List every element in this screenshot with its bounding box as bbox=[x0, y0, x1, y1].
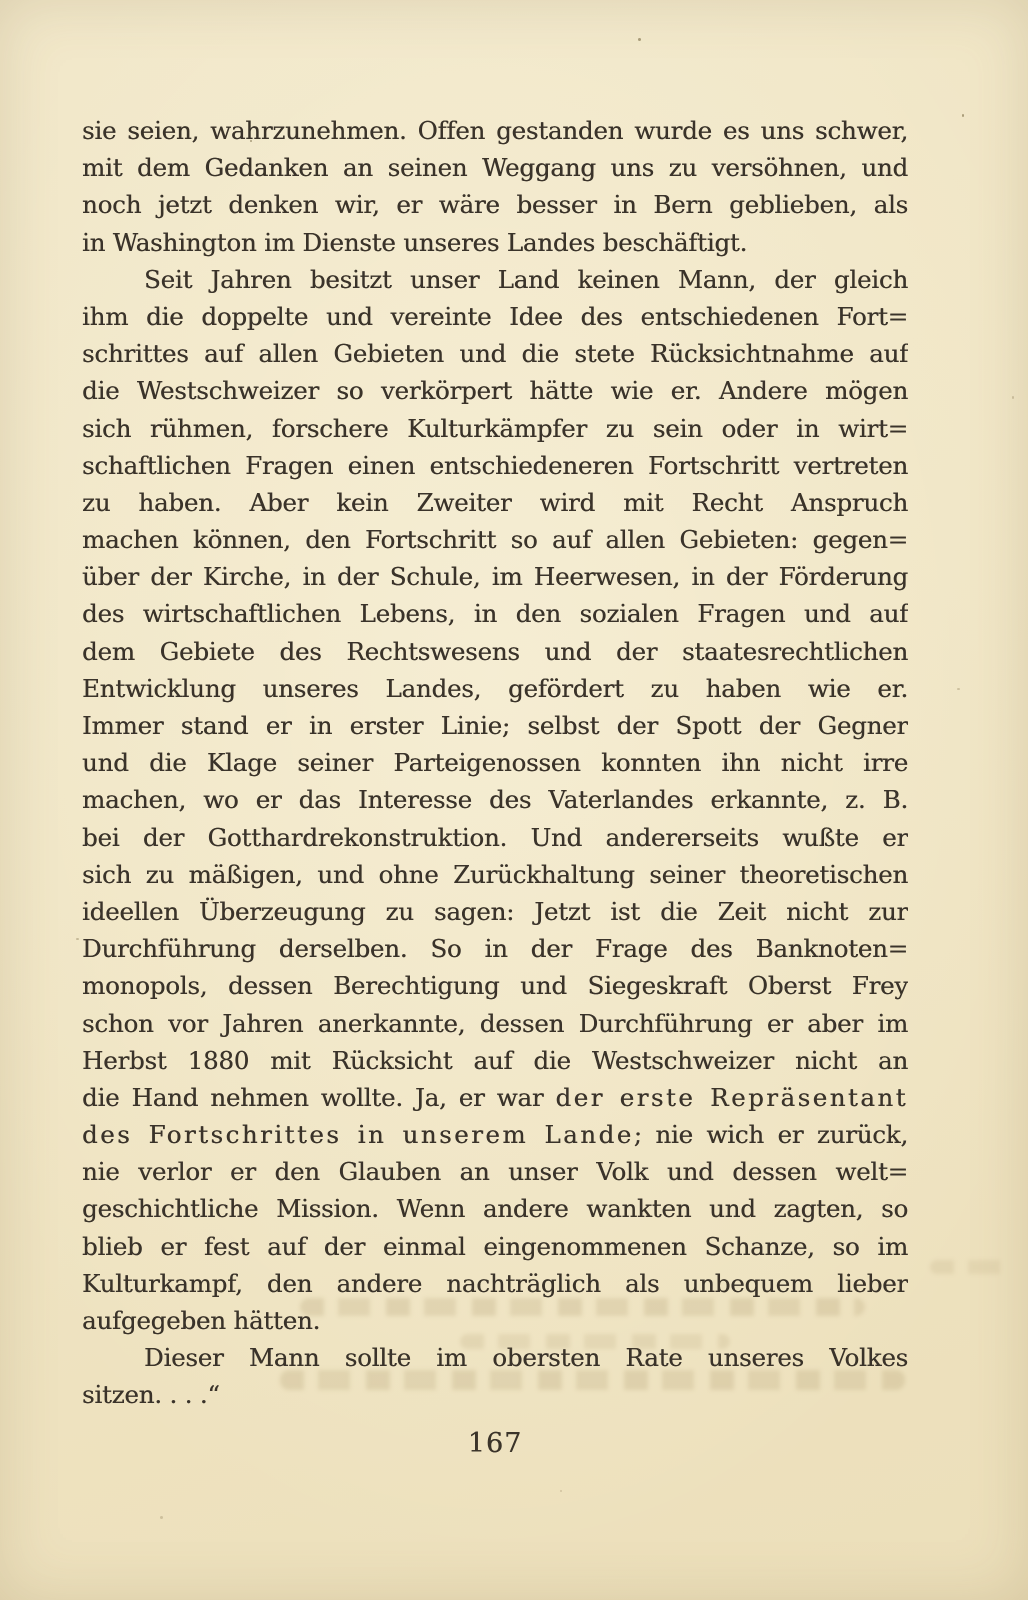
text-line: ihm die doppelte und vereinte Idee des e… bbox=[82, 298, 908, 335]
text-line: schon vor Jahren anerkannte, dessen Durc… bbox=[82, 1005, 908, 1042]
text-line: blieb er fest auf der einmal eingenommen… bbox=[82, 1228, 908, 1265]
text-line: machen, wo er das Interesse des Vaterlan… bbox=[82, 781, 908, 818]
text-line: Kulturkampf, den andere nachträglich als… bbox=[82, 1265, 908, 1302]
text-line: sich rühmen, forschere Kulturkämpfer zu … bbox=[82, 410, 908, 447]
bleed-through-text bbox=[300, 1298, 865, 1316]
text-line: die Hand nehmen wollte. Ja, er war der e… bbox=[82, 1079, 908, 1116]
text-line: Herbst 1880 mit Rücksicht auf die Westsc… bbox=[82, 1042, 908, 1079]
paragraph: Seit Jahren besitzt unser Land keinen Ma… bbox=[82, 261, 908, 1339]
paper-speck bbox=[962, 114, 964, 117]
text-line: machen können, den Fortschritt so auf al… bbox=[82, 521, 908, 558]
paper-speck bbox=[250, 140, 252, 142]
page-number: 167 bbox=[82, 1428, 908, 1459]
text-line: in Washington im Dienste unseres Landes … bbox=[82, 224, 908, 261]
letterspaced-emphasis: der erste Repräsentant bbox=[555, 1083, 908, 1112]
paragraph: sie seien, wahrzunehmen. Offen gestanden… bbox=[82, 112, 908, 261]
paper-speck bbox=[160, 1516, 163, 1519]
text-line: Immer stand er in erster Linie; selbst d… bbox=[82, 707, 908, 744]
letterspaced-emphasis: des Fortschrittes in unserem Lande bbox=[82, 1120, 634, 1149]
text-line: zu haben. Aber kein Zweiter wird mit Rec… bbox=[82, 484, 908, 521]
text-line: des Fortschrittes in unserem Lande; nie … bbox=[82, 1116, 908, 1153]
paper-speck bbox=[560, 1490, 562, 1492]
text-line: und die Klage seiner Parteigenossen konn… bbox=[82, 744, 908, 781]
text-line: sie seien, wahrzunehmen. Offen gestanden… bbox=[82, 112, 908, 149]
paper-speck bbox=[1012, 396, 1014, 399]
text-segment: ; nie wich er zurück, bbox=[634, 1120, 908, 1149]
text-line: Durchführung derselben. So in der Frage … bbox=[82, 930, 908, 967]
bleed-through-text bbox=[930, 1260, 1010, 1274]
text-line: ideellen Überzeugung zu sagen: Jetzt ist… bbox=[82, 893, 908, 930]
text-line: monopols, dessen Berechtigung und Sieges… bbox=[82, 967, 908, 1004]
text-line: sich zu mäßigen, und ohne Zurückhaltung … bbox=[82, 856, 908, 893]
text-segment: die Hand nehmen wollte. Ja, er war bbox=[82, 1083, 555, 1112]
paper-speck bbox=[957, 688, 960, 690]
text-line: schaftlichen Fragen einen entschiedenere… bbox=[82, 447, 908, 484]
text-line: Entwicklung unseres Landes, gefördert zu… bbox=[82, 670, 908, 707]
text-line: mit dem Gedanken an seinen Weggang uns z… bbox=[82, 149, 908, 186]
text-line: Seit Jahren besitzt unser Land keinen Ma… bbox=[82, 261, 908, 298]
book-page: sie seien, wahrzunehmen. Offen gestanden… bbox=[0, 0, 1028, 1600]
text-line: noch jetzt denken wir, er wäre besser in… bbox=[82, 186, 908, 223]
text-line: des wirtschaftlichen Lebens, in den sozi… bbox=[82, 595, 908, 632]
text-line: bei der Gotthardrekonstruktion. Und ande… bbox=[82, 819, 908, 856]
bleed-through-text bbox=[460, 1334, 730, 1349]
text-line: über der Kirche, in der Schule, im Heerw… bbox=[82, 558, 908, 595]
paper-speck bbox=[76, 938, 79, 940]
text-line: die Westschweizer so verkörpert hätte wi… bbox=[82, 372, 908, 409]
paper-speck bbox=[638, 38, 641, 41]
text-line: dem Gebiete des Rechtswesens und der sta… bbox=[82, 633, 908, 670]
bleed-through-text bbox=[280, 1370, 905, 1390]
text-line: nie verlor er den Glauben an unser Volk … bbox=[82, 1153, 908, 1190]
text-line: schrittes auf allen Gebieten und die ste… bbox=[82, 335, 908, 372]
text-line: geschichtliche Mission. Wenn andere wank… bbox=[82, 1190, 908, 1227]
text-block: sie seien, wahrzunehmen. Offen gestanden… bbox=[82, 112, 908, 1414]
